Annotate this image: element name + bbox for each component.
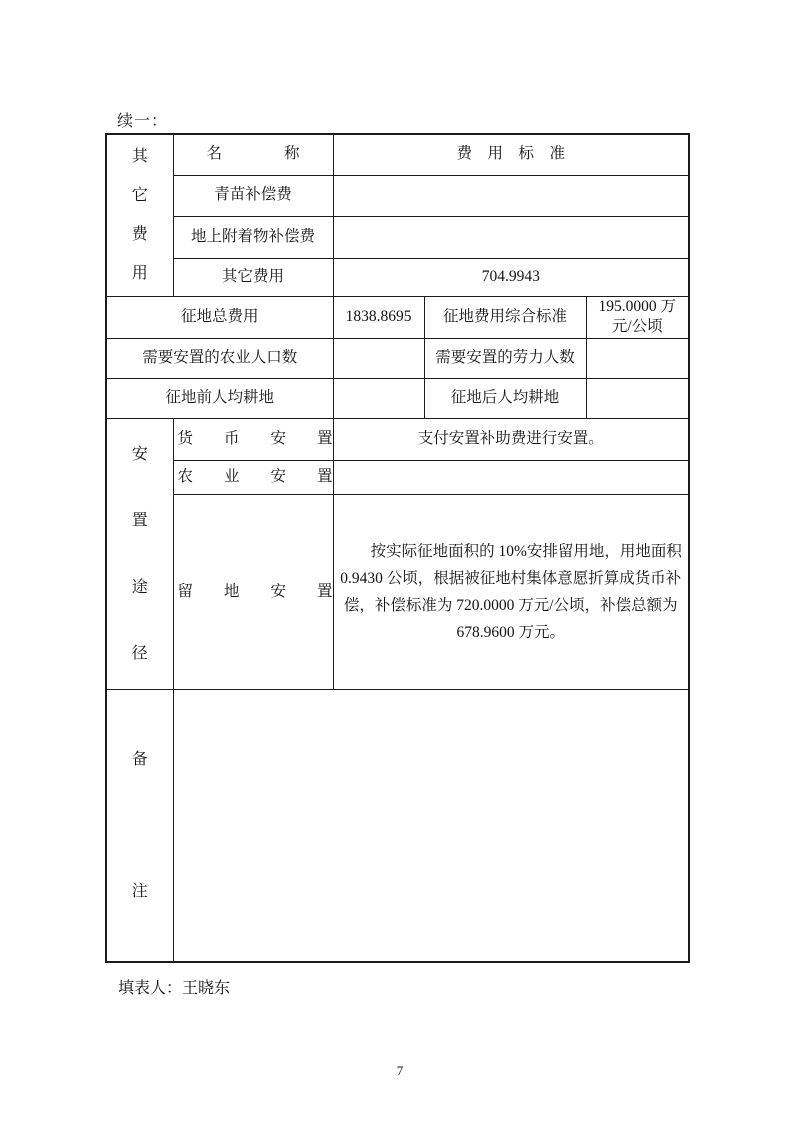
other-fees-char: 用 bbox=[132, 263, 148, 285]
comprehensive-standard-value: 195.0000 万元/公顷 bbox=[586, 296, 689, 339]
farmland-after-value bbox=[586, 379, 689, 419]
farmland-after-label: 征地后人均耕地 bbox=[424, 379, 586, 419]
seedling-compensation-label: 青苗补偿费 bbox=[173, 175, 333, 216]
fee-standard-column-header: 费 用 标 准 bbox=[333, 134, 689, 175]
other-fees-char: 其 bbox=[132, 146, 148, 168]
continuation-label: 续一： bbox=[117, 108, 168, 131]
total-expropriation-fee-label: 征地总费用 bbox=[106, 296, 333, 339]
ground-attachments-compensation-label: 地上附着物补偿费 bbox=[173, 216, 333, 258]
table-row: 备 注 bbox=[106, 690, 689, 962]
resettlement-char: 安 bbox=[132, 444, 148, 466]
table-row: 需要安置的农业人口数 需要安置的劳力人数 bbox=[106, 339, 689, 379]
resettlement-char: 径 bbox=[132, 643, 148, 665]
other-fee-label: 其它费用 bbox=[173, 258, 333, 296]
other-fees-char: 它 bbox=[132, 185, 148, 207]
seedling-compensation-value bbox=[333, 175, 689, 216]
land-expropriation-form-table: 其 它 费 用 名 称 费 用 标 准 青苗补偿费 地上附着物补偿费 其它费用 bbox=[105, 133, 690, 963]
resettlement-section-header: 安 置 途 径 bbox=[106, 419, 173, 690]
farmland-before-value bbox=[333, 379, 424, 419]
remarks-vertical-label: 备 注 bbox=[111, 694, 169, 958]
farmland-before-label: 征地前人均耕地 bbox=[106, 379, 333, 419]
land-retention-paragraph: 按实际征地面积的 10%安排留用地，用地面积 0.9430 公顷，根据被征地村集… bbox=[338, 538, 685, 646]
other-fees-vertical-label: 其 它 费 用 bbox=[111, 137, 169, 293]
form-filler-label: 填表人：王晓东 bbox=[118, 975, 230, 998]
monetary-resettlement-label: 货 币 安 置 bbox=[173, 419, 333, 461]
agricultural-resettlement-value bbox=[333, 461, 689, 495]
other-fee-value: 704.9943 bbox=[333, 258, 689, 296]
ground-attachments-compensation-value bbox=[333, 216, 689, 258]
table-row: 农 业 安 置 bbox=[106, 461, 689, 495]
agricultural-population-label: 需要安置的农业人口数 bbox=[106, 339, 333, 379]
labor-count-label: 需要安置的劳力人数 bbox=[424, 339, 586, 379]
resettlement-vertical-label: 安 置 途 径 bbox=[111, 421, 169, 687]
other-fees-section-header: 其 它 费 用 bbox=[106, 134, 173, 296]
table-row: 青苗补偿费 bbox=[106, 175, 689, 216]
table-row: 征地总费用 1838.8695 征地费用综合标准 195.0000 万元/公顷 bbox=[106, 296, 689, 339]
agricultural-resettlement-label: 农 业 安 置 bbox=[173, 461, 333, 495]
resettlement-char: 途 bbox=[132, 577, 148, 599]
page-number: 7 bbox=[0, 1063, 800, 1079]
remarks-char: 注 bbox=[132, 881, 148, 903]
land-retention-resettlement-value: 按实际征地面积的 10%安排留用地，用地面积 0.9430 公顷，根据被征地村集… bbox=[333, 495, 689, 690]
remarks-value bbox=[173, 690, 689, 962]
other-fees-char: 费 bbox=[132, 224, 148, 246]
table-row: 其它费用 704.9943 bbox=[106, 258, 689, 296]
comprehensive-standard-label: 征地费用综合标准 bbox=[424, 296, 586, 339]
total-expropriation-fee-value: 1838.8695 bbox=[333, 296, 424, 339]
agricultural-population-value bbox=[333, 339, 424, 379]
labor-count-value bbox=[586, 339, 689, 379]
table-row: 征地前人均耕地 征地后人均耕地 bbox=[106, 379, 689, 419]
land-retention-resettlement-label: 留 地 安 置 bbox=[173, 495, 333, 690]
table-row: 其 它 费 用 名 称 费 用 标 准 bbox=[106, 134, 689, 175]
name-column-header: 名 称 bbox=[173, 134, 333, 175]
table-row: 地上附着物补偿费 bbox=[106, 216, 689, 258]
monetary-resettlement-value: 支付安置补助费进行安置。 bbox=[333, 419, 689, 461]
remarks-char: 备 bbox=[132, 749, 148, 771]
table-row: 留 地 安 置 按实际征地面积的 10%安排留用地，用地面积 0.9430 公顷… bbox=[106, 495, 689, 690]
remarks-section-header: 备 注 bbox=[106, 690, 173, 962]
table-row: 安 置 途 径 货 币 安 置 支付安置补助费进行安置。 bbox=[106, 419, 689, 461]
document-page: 续一： 其 它 费 用 名 称 费 用 标 准 bbox=[0, 0, 800, 1131]
resettlement-char: 置 bbox=[132, 510, 148, 532]
